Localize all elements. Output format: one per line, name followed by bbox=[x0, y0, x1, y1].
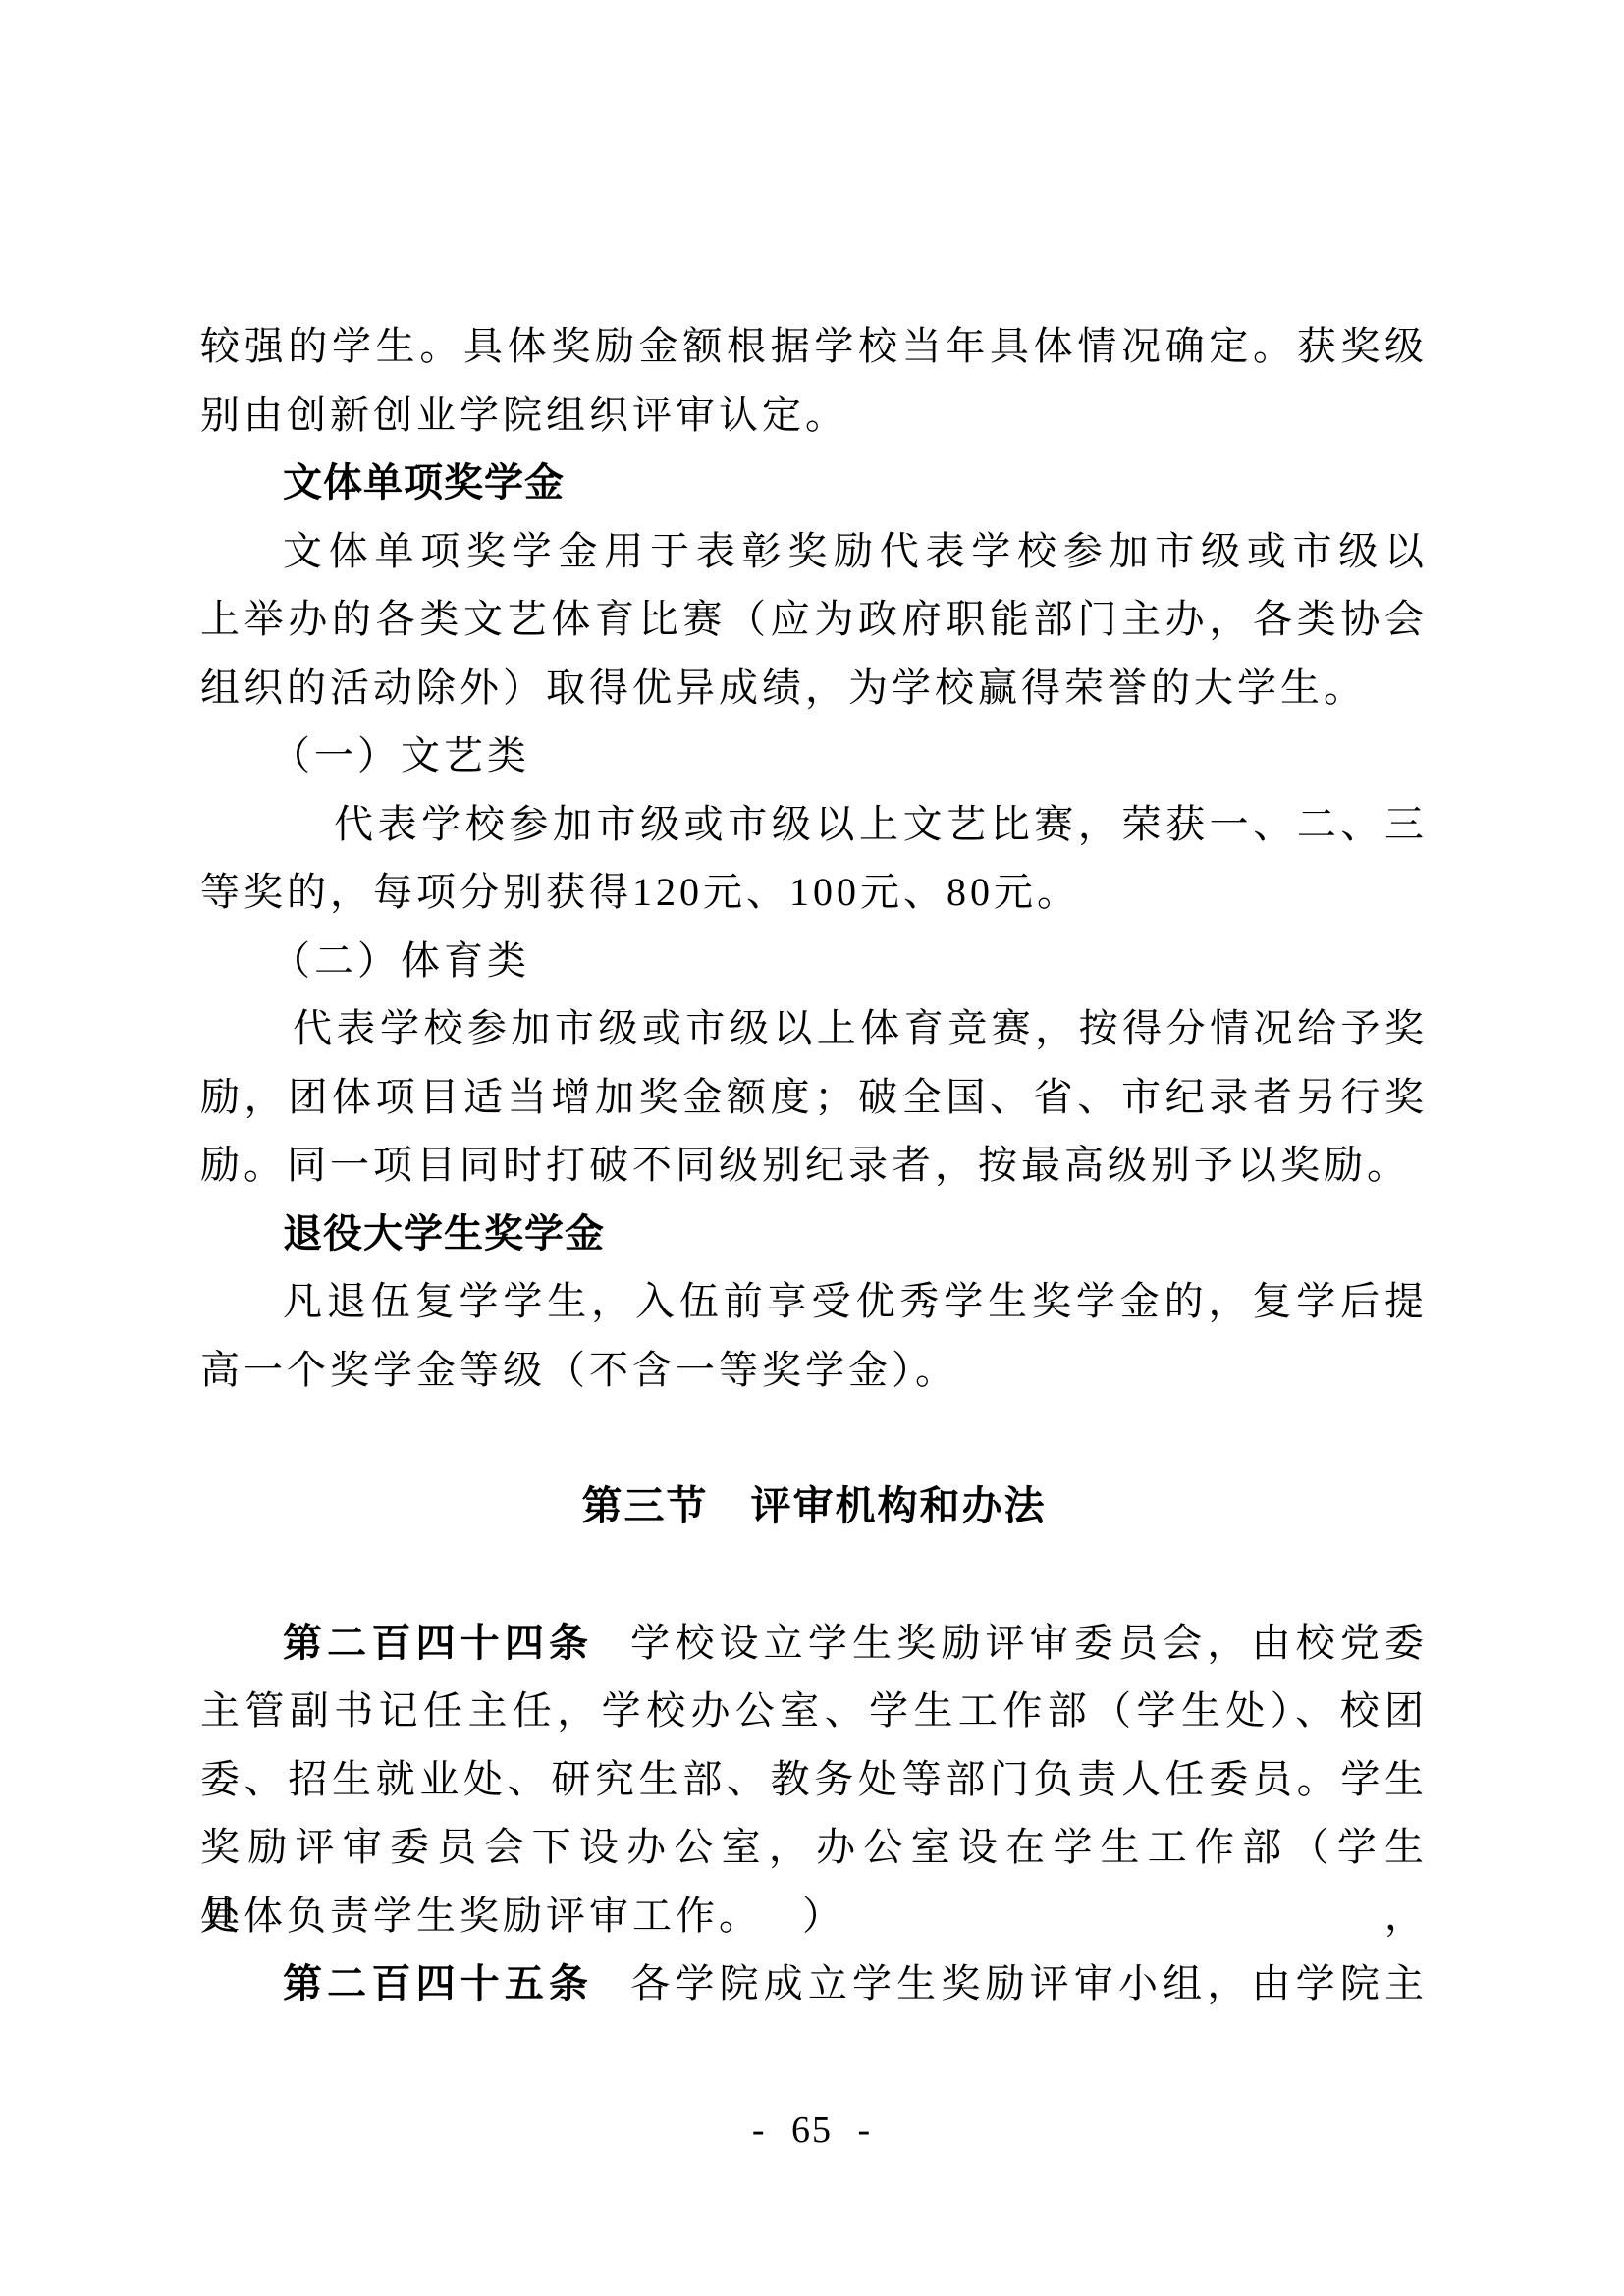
text-line: 组织的活动除外）取得优异成绩，为学校赢得荣誉的大学生。 bbox=[200, 654, 1428, 722]
text-line: （二）体育类 bbox=[271, 927, 1428, 995]
sub-heading: 退役大学生奖学金 bbox=[283, 1200, 1428, 1268]
text-line: 代表学校参加市级或市级以上体育竞赛，按得分情况给予奖 bbox=[293, 994, 1428, 1063]
text-line: （一）文艺类 bbox=[271, 721, 1428, 790]
text-line: 较强的学生。具体奖励金额根据学校当年具体情况确定。获奖级 bbox=[200, 312, 1428, 381]
section-heading: 第三节 评审机构和办法 bbox=[200, 1472, 1428, 1541]
text-line: 代表学校参加市级或市级以上文艺比赛，荣获一、二、三 bbox=[334, 790, 1428, 859]
text-line: 凡退伍复学学生，入伍前享受优秀学生奖学金的，复学后提 bbox=[283, 1267, 1428, 1336]
text-line: 文体单项奖学金用于表彰奖励代表学校参加市级或市级以 bbox=[283, 517, 1428, 586]
text-line: 励。同一项目同时打破不同级别纪录者，按最高级别予以奖励。 bbox=[200, 1131, 1428, 1200]
text-line: 高一个奖学金等级（不含一等奖学金）。 bbox=[200, 1336, 1428, 1405]
text-line: 励，团体项目适当增加奖金额度；破全国、省、市纪录者另行奖 bbox=[200, 1063, 1428, 1132]
page-number: - 65 - bbox=[0, 2109, 1624, 2152]
article-text: 学校设立学生奖励评审委员会，由校党委 bbox=[630, 1621, 1428, 1665]
article-number: 第二百四十五条 bbox=[283, 1961, 593, 2005]
article-line: 第二百四十四条学校设立学生奖励评审委员会，由校党委 bbox=[283, 1609, 1428, 1678]
text-line: 别由创新创业学院组织评审认定。 bbox=[200, 381, 1428, 450]
sub-heading: 文体单项奖学金 bbox=[283, 449, 1428, 517]
article-number: 第二百四十四条 bbox=[283, 1621, 593, 1665]
text-line: 等奖的，每项分别获得120元、100元、80元。 bbox=[200, 858, 1428, 927]
text-line: 奖励评审委员会下设办公室，办公室设在学生工作部（学生处）， bbox=[200, 1813, 1428, 1882]
document-page: 较强的学生。具体奖励金额根据学校当年具体情况确定。获奖级别由创新创业学院组织评审… bbox=[0, 0, 1624, 2296]
text-line: 主管副书记任主任，学校办公室、学生工作部（学生处）、校团 bbox=[200, 1677, 1428, 1745]
document-body: 较强的学生。具体奖励金额根据学校当年具体情况确定。获奖级别由创新创业学院组织评审… bbox=[200, 312, 1428, 2018]
article-line: 第二百四十五条各学院成立学生奖励评审小组，由学院主 bbox=[283, 1949, 1428, 2018]
text-line: 委、招生就业处、研究生部、教务处等部门负责人任委员。学生 bbox=[200, 1745, 1428, 1814]
article-text: 各学院成立学生奖励评审小组，由学院主 bbox=[630, 1961, 1428, 2005]
text-line: 上举办的各类文艺体育比赛（应为政府职能部门主办，各类协会 bbox=[200, 585, 1428, 654]
